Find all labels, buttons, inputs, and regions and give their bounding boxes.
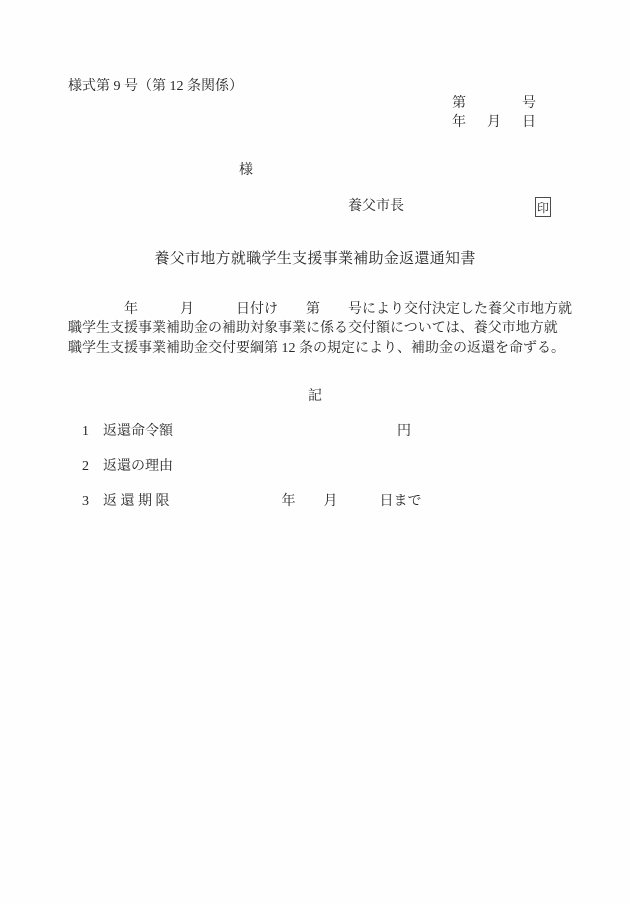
doc-no-suffix: 号 <box>522 95 536 114</box>
addressee-honorific: 様 <box>239 163 253 179</box>
form-number: 様式第 9 号（第 12 条関係） <box>68 79 243 95</box>
item-return-reason: 2 返還の理由 <box>82 459 173 475</box>
document-number-line: 第 号 <box>452 95 536 114</box>
record-marker: 記 <box>0 389 630 405</box>
document-title: 養父市地方就職学生支援事業補助金返還通知書 <box>0 251 630 267</box>
item-return-amount: 1 返還命令額 円 <box>82 424 411 440</box>
doc-no-prefix: 第 <box>452 95 466 114</box>
date-month-label: 月 <box>487 114 501 133</box>
item-return-deadline: 3 返 還 期 限 年 月 日まで <box>82 494 422 510</box>
body-line-2: 職学生支援事業補助金の補助対象事業に係る交付額については、養父市地方就 <box>68 319 574 338</box>
date-day-label: 日 <box>522 114 536 133</box>
document-number-block: 第 号 年 月 日 <box>452 95 536 132</box>
body-line-3: 職学生支援事業補助金交付要綱第 12 条の規定により、補助金の返還を命ずる。 <box>68 339 574 358</box>
date-line: 年 月 日 <box>452 114 536 133</box>
document-page: 様式第 9 号（第 12 条関係） 第 号 年 月 日 様 養父市長 印 養父市… <box>0 0 630 903</box>
body-paragraph: 年 月 日付け 第 号により交付決定した養父市地方就 職学生支援事業補助金の補助… <box>68 300 574 358</box>
seal-mark: 印 <box>535 197 551 217</box>
body-line-1: 年 月 日付け 第 号により交付決定した養父市地方就 <box>68 300 574 319</box>
sender-title: 養父市長 <box>348 199 404 215</box>
date-year-label: 年 <box>452 114 466 133</box>
